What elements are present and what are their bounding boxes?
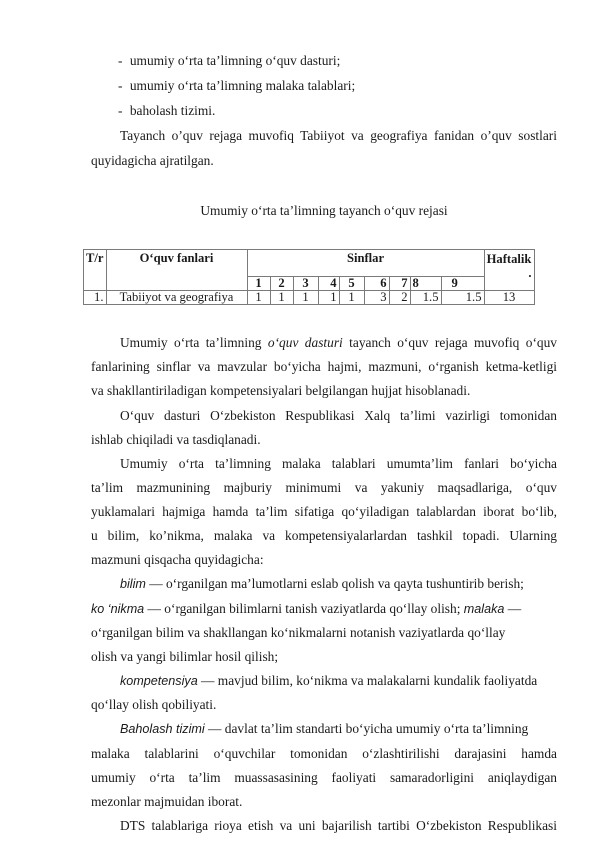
document-page: - umumiy o‘rta ta’limning o‘quv dasturi;… (0, 0, 596, 842)
term-baholash-tizimi: Baholash tizimi (120, 722, 205, 736)
list-item: - umumiy o‘rta ta’limning o‘quv dasturi; (118, 53, 340, 69)
grade-number: 3 (293, 277, 318, 291)
intro-line-2: quyidagicha ajratilgan. (91, 153, 214, 169)
term-bilim: bilim (120, 577, 146, 591)
para1-line-2: fanlarining sinflar va mavzular bo‘yicha… (91, 359, 557, 375)
grade-number: 9 (441, 277, 484, 291)
list-item: - baholash tizimi. (118, 103, 215, 119)
row-value: 1 (247, 291, 270, 305)
curriculum-table: T/r O‘quv fanlari Sinflar Haftalik . 1 2… (83, 249, 535, 305)
row-num: 1. (84, 291, 107, 305)
def-konikma: ko ‘nikma — o‘rganilgan bilimlarni tanis… (91, 601, 521, 617)
header-subject: O‘quv fanlari (106, 250, 247, 291)
para5-line-1: DTS talablariga rioya etish va uni bajar… (120, 818, 557, 834)
term-oquv-dasturi: o‘quv dasturi (268, 335, 343, 350)
grade-number: 1 (247, 277, 270, 291)
def-bilim: bilim — o‘rganilgan ma’lumotlarni eslab … (120, 576, 524, 592)
row-value: 2 (389, 291, 410, 305)
para3-line-1: Umumiy o‘rta ta’limning malaka talablari… (120, 456, 557, 472)
table-caption: Umumiy o‘rta ta’limning tayanch o‘quv re… (0, 203, 596, 219)
row-weekly: 13 (484, 291, 534, 305)
list-marker: - (118, 103, 122, 118)
intro-line-1: Tayanch o’quv rejaga muvofiq Tabiiyot va… (120, 128, 557, 144)
row-value: 1 (339, 291, 364, 305)
grade-number: 5 (339, 277, 364, 291)
para2-line-2: ishlab chiqiladi va tasdiqlanadi. (91, 432, 261, 448)
list-marker: - (118, 78, 122, 93)
row-value: 1 (270, 291, 293, 305)
list-item: - umumiy o‘rta ta’limning malaka talabla… (118, 78, 355, 94)
para1-line-1: Umumiy o‘rta ta’limning o‘quv dasturi ta… (120, 335, 557, 351)
def-kompetensiya-line-2: qo‘llay olish qobiliyati. (91, 697, 216, 713)
header-num: T/r (84, 250, 107, 291)
def-malaka-line-3: olish va yangi bilimlar hosil qilish; (91, 649, 278, 665)
para4-line-2: malaka talablarini o‘quvchilar tomonidan… (91, 746, 557, 762)
grade-number: 2 (270, 277, 293, 291)
para4-line-4: mezonlar majmuidan iborat. (91, 794, 242, 810)
para4-line-1: Baholash tizimi — davlat ta’lim standart… (120, 721, 528, 737)
para2-line-1: O‘quv dasturi O‘zbekiston Respublikasi X… (120, 408, 557, 424)
header-weekly: Haftalik . (484, 250, 534, 291)
table-header-row: T/r O‘quv fanlari Sinflar Haftalik . (84, 250, 535, 277)
para1-line-3: va shakllantiriladigan kompetensiyalari … (91, 383, 470, 399)
table-row: 1. Tabiiyot va geografiya 1 1 1 1 1 3 2 … (84, 291, 535, 305)
para3-line-5: mazmuni qisqacha quyidagicha: (91, 552, 264, 568)
row-subject: Tabiiyot va geografiya (106, 291, 247, 305)
row-value: 1.5 (441, 291, 484, 305)
para3-line-2: ta’lim mazmunining majburiy minimumi va … (91, 480, 557, 496)
row-value: 1.5 (410, 291, 441, 305)
list-marker: - (118, 53, 122, 68)
para3-line-3: yuklamalari hajmiga hamda ta’lim sifatig… (91, 504, 557, 520)
grade-number: 4 (318, 277, 339, 291)
term-konikma: ko ‘nikma (91, 602, 144, 616)
term-kompetensiya: kompetensiya (120, 674, 198, 688)
grade-number: 6 (364, 277, 389, 291)
grade-number: 7 (389, 277, 410, 291)
para4-line-3: umumiy o‘rta ta’lim muassasasining faoli… (91, 770, 557, 786)
row-value: 3 (364, 291, 389, 305)
para3-line-4: u bilim, ko’nikma, malaka va kompetensiy… (91, 528, 557, 544)
header-grades: Sinflar (247, 250, 484, 277)
def-kompetensiya: kompetensiya — mavjud bilim, ko‘nikma va… (120, 673, 537, 689)
def-malaka-line-2: o‘rganilgan bilim va shakllangan ko‘nikm… (91, 625, 505, 641)
term-malaka: malaka (464, 602, 505, 616)
row-value: 1 (293, 291, 318, 305)
grade-number: 8 (410, 277, 441, 291)
row-value: 1 (318, 291, 339, 305)
